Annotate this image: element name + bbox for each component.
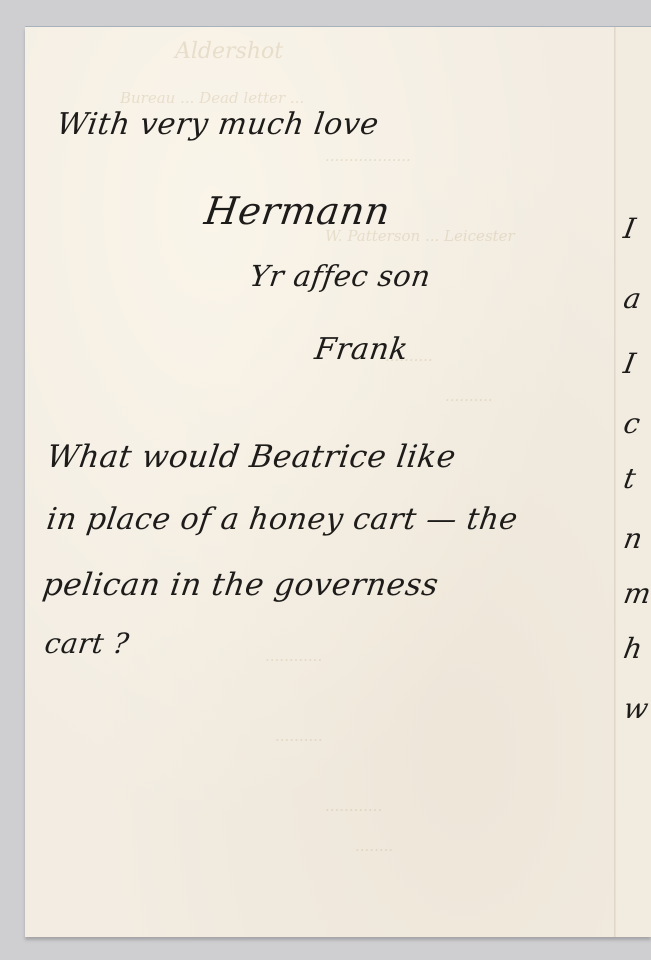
letter-sheet: Aldershot Bureau ... Dead letter ... ...… xyxy=(25,27,651,937)
closing-line-affec: Yr affec son xyxy=(248,259,433,293)
letter-page-left: Aldershot Bureau ... Dead letter ... ...… xyxy=(25,27,614,937)
postscript-line: pelican in the governess xyxy=(40,567,440,603)
right-page-fragment: I xyxy=(621,347,638,380)
bleed-through-line: ............ xyxy=(325,797,382,815)
bleed-through-line: .......... xyxy=(275,727,323,745)
right-page-fragment: h xyxy=(621,632,645,665)
signature: Frank xyxy=(313,332,411,367)
bleed-through-line: Bureau ... Dead letter ... xyxy=(120,89,304,107)
bleed-through-line: ........ xyxy=(355,837,393,855)
right-page-fragment: a xyxy=(621,282,644,315)
right-page-fragment: c xyxy=(621,407,643,440)
letter-page-right: I a I c t n m h w xyxy=(616,27,651,937)
bleed-through-line: ............ xyxy=(265,647,322,665)
right-page-fragment: n xyxy=(621,522,645,555)
closing-line-love: With very much love xyxy=(55,107,382,142)
postscript-line: What would Beatrice like xyxy=(44,439,458,475)
right-page-fragment: I xyxy=(621,212,638,245)
right-page-fragment: w xyxy=(621,692,651,725)
closing-line-name: Hermann xyxy=(202,189,393,233)
right-page-fragment: t xyxy=(621,462,638,495)
postscript-line: in place of a honey cart — the xyxy=(45,502,521,537)
right-page-fragment: m xyxy=(621,577,651,610)
bleed-through-line: .................. xyxy=(325,147,411,165)
postscript-line: cart ? xyxy=(43,627,132,660)
bleed-through-line: Aldershot xyxy=(175,39,283,64)
bleed-through-line: .......... xyxy=(445,387,493,405)
